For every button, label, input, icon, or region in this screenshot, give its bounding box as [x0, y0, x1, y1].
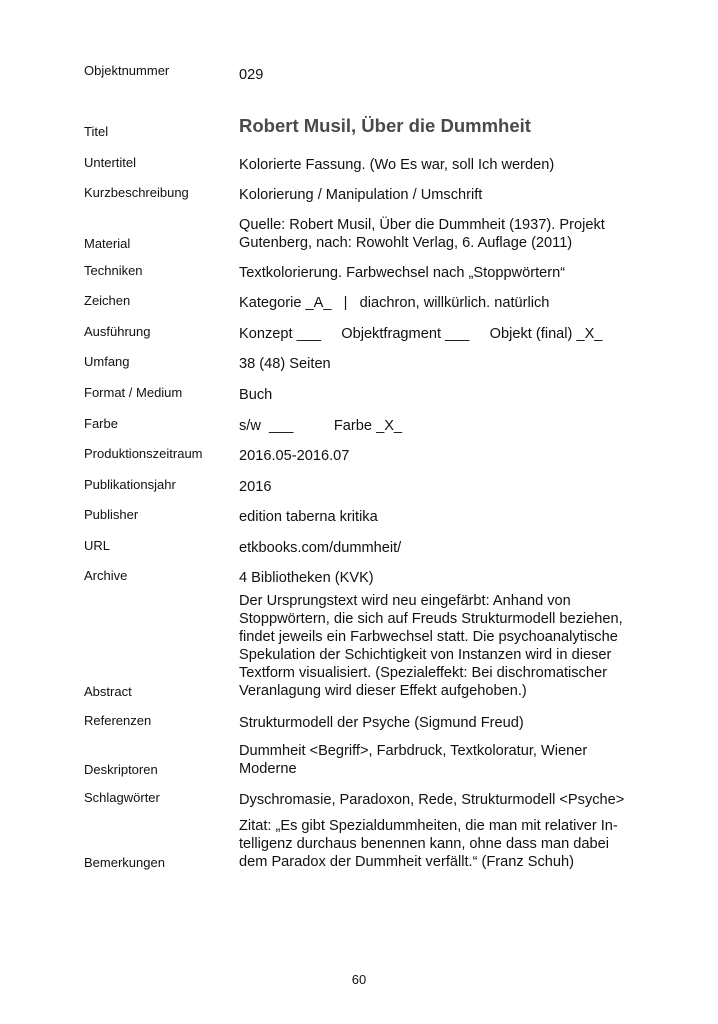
field-value: Dyschromasie, Paradoxon, Rede, Strukturm…	[239, 791, 644, 809]
field-label: Material	[84, 235, 130, 252]
document-page: Objektnummer 029 Titel Robert Musil, Übe…	[0, 0, 718, 1024]
field-label: Archive	[84, 567, 127, 584]
field-value: Textkolorierung. Farbwechsel nach „Stopp…	[239, 264, 644, 282]
field-label: Umfang	[84, 353, 130, 370]
field-value: Zitat: „Es gibt Spezialdummheiten, die m…	[239, 817, 644, 871]
field-url: URL etkbooks.com/dummheit/	[84, 535, 644, 557]
document-title: Robert Musil, Über die Dummheit	[239, 115, 644, 137]
field-label: Bemerkungen	[84, 854, 165, 871]
field-umfang: Umfang 38 (48) Seiten	[84, 351, 644, 373]
field-value: 38 (48) Seiten	[239, 355, 644, 373]
field-titel: Titel Robert Musil, Über die Dummheit	[84, 114, 644, 140]
field-label: Untertitel	[84, 154, 136, 171]
field-value: Strukturmodell der Psyche (Sigmund Freud…	[239, 714, 644, 732]
field-value: Kolorierung / Manipulation / Umschrift	[239, 186, 644, 204]
field-bemerkungen: Bemerkungen Zitat: „Es gibt Spezialdummh…	[84, 816, 644, 871]
field-untertitel: Untertitel Kolorierte Fassung. (Wo Es wa…	[84, 152, 644, 174]
field-label: Objektnummer	[84, 62, 169, 79]
field-label: Ausführung	[84, 323, 151, 340]
field-label: Abstract	[84, 683, 132, 700]
field-kurzbeschreibung: Kurzbeschreibung Kolorierung / Manipulat…	[84, 182, 644, 204]
field-value: Kategorie _A_ | diachron, willkürlich. n…	[239, 294, 644, 312]
field-label: Format / Medium	[84, 384, 182, 401]
field-zeichen: Zeichen Kategorie _A_ | diachron, willkü…	[84, 290, 644, 312]
field-value: Konzept ___ Objektfragment ___ Objekt (f…	[239, 325, 644, 343]
field-abstract: Abstract Der Ursprungstext wird neu eing…	[84, 594, 644, 700]
field-label: Techniken	[84, 262, 143, 279]
field-format-medium: Format / Medium Buch	[84, 382, 644, 404]
field-value: Buch	[239, 386, 644, 404]
field-value: Der Ursprungstext wird neu eingefärbt: A…	[239, 592, 644, 700]
page-number: 60	[0, 972, 718, 987]
field-archive: Archive 4 Bibliotheken (KVK)	[84, 565, 644, 587]
field-label: Schlagwörter	[84, 789, 160, 806]
field-value: 2016.05-2016.07	[239, 447, 644, 465]
field-value: 2016	[239, 478, 644, 496]
field-value: 4 Bibliotheken (KVK)	[239, 569, 644, 587]
field-objektnummer: Objektnummer 029	[84, 62, 644, 84]
field-label: Kurzbeschreibung	[84, 184, 189, 201]
field-publisher: Publisher edition taberna kritika	[84, 504, 644, 526]
field-publikationsjahr: Publikationsjahr 2016	[84, 474, 644, 496]
field-label: Farbe	[84, 415, 118, 432]
field-value: Dummheit <Begriff>, Farbdruck, Textkolor…	[239, 742, 644, 778]
field-label: Deskriptoren	[84, 761, 158, 778]
url-value[interactable]: etkbooks.com/dummheit/	[239, 539, 644, 557]
field-referenzen: Referenzen Strukturmodell der Psyche (Si…	[84, 710, 644, 732]
field-value: Kolorierte Fassung. (Wo Es war, soll Ich…	[239, 156, 644, 174]
field-ausfuehrung: Ausführung Konzept ___ Objektfragment __…	[84, 321, 644, 343]
field-label: Referenzen	[84, 712, 151, 729]
field-value: s/w ___ Farbe _X_	[239, 417, 644, 435]
field-techniken: Techniken Textkolorierung. Farbwechsel n…	[84, 260, 644, 282]
field-deskriptoren: Deskriptoren Dummheit <Begriff>, Farbdru…	[84, 740, 644, 778]
field-label: Publikationsjahr	[84, 476, 176, 493]
field-produktionszeitraum: Produktionszeitraum 2016.05-2016.07	[84, 443, 644, 465]
field-label: Titel	[84, 123, 108, 140]
field-label: Produktionszeitraum	[84, 445, 203, 462]
field-value: 029	[239, 66, 644, 84]
field-value: Quelle: Robert Musil, Über die Dummheit …	[239, 216, 644, 252]
field-farbe: Farbe s/w ___ Farbe _X_	[84, 413, 644, 435]
field-material: Material Quelle: Robert Musil, Über die …	[84, 212, 644, 252]
field-label: Publisher	[84, 506, 138, 523]
field-schlagwoerter: Schlagwörter Dyschromasie, Paradoxon, Re…	[84, 787, 644, 809]
field-label: URL	[84, 537, 110, 554]
field-label: Zeichen	[84, 292, 130, 309]
field-value: edition taberna kritika	[239, 508, 644, 526]
